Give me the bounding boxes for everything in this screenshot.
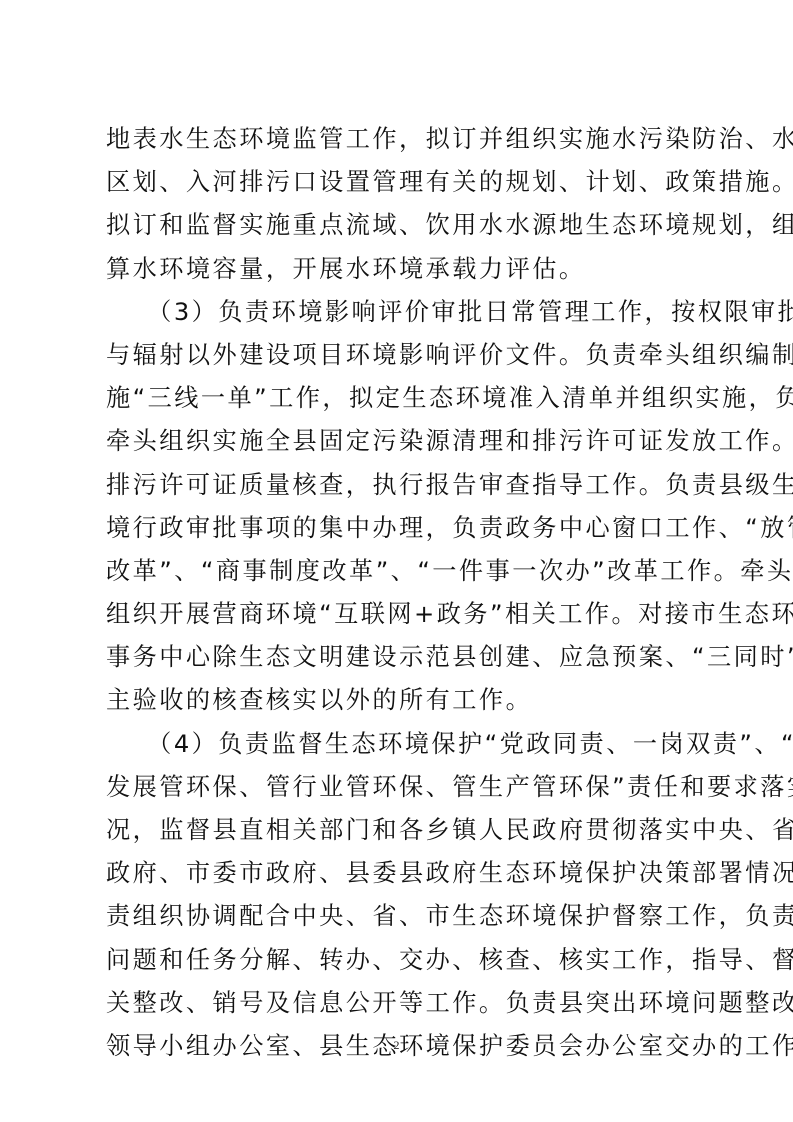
document-body: 地表水生态环境监管工作，拟订并组织实施水污染防治、水功能 区划、入河排污口设置管… [106, 118, 694, 1068]
text-line: 主验收的核查核实以外的所有工作。 [106, 679, 694, 722]
text-line: 区划、入河排污口设置管理有关的规划、计划、政策措施。负责 [106, 161, 694, 204]
text-line: 算水环境容量，开展水环境承载力评估。 [106, 248, 694, 291]
text-line: 问题和任务分解、转办、交办、核查、核实工作，指导、督导相 [106, 939, 694, 982]
page-number: 2 [0, 1038, 793, 1053]
text-line: 发展管环保、管行业管环保、管生产管环保”责任和要求落实情 [106, 766, 694, 809]
text-line: 况，监督县直相关部门和各乡镇人民政府贯彻落实中央、省委省 [106, 809, 694, 852]
text-line: 牵头组织实施全县固定污染源清理和排污许可证发放工作。负责 [106, 420, 694, 463]
paragraph-4-start: （4）负责监督生态环境保护“党政同责、一岗双责”、“管 [106, 723, 694, 766]
text-line: 境行政审批事项的集中办理，负责政务中心窗口工作、“放管服 [106, 507, 694, 550]
text-line: 组织开展营商环境“互联网+政务”相关工作。对接市生态环境 [106, 593, 694, 636]
text-line: 事务中心除生态文明建设示范县创建、应急预案、“三同时”自 [106, 636, 694, 679]
text-line: 政府、市委市政府、县委县政府生态环境保护决策部署情况。负 [106, 852, 694, 895]
text-line: 地表水生态环境监管工作，拟订并组织实施水污染防治、水功能 [106, 118, 694, 161]
paragraph-3-start: （3）负责环境影响评价审批日常管理工作，按权限审批核 [106, 291, 694, 334]
text-line: 改革”、“商事制度改革”、“一件事一次办”改革工作。牵头 [106, 550, 694, 593]
text-line: 责组织协调配合中央、省、市生态环境保护督察工作，负责相关 [106, 895, 694, 938]
text-line: 关整改、销号及信息公开等工作。负责县突出环境问题整改工作 [106, 982, 694, 1025]
text-line: 排污许可证质量核查，执行报告审查指导工作。负责县级生态环 [106, 464, 694, 507]
text-line: 与辐射以外建设项目环境影响评价文件。负责牵头组织编制和实 [106, 334, 694, 377]
text-line: 施“三线一单”工作，拟定生态环境准入清单并组织实施，负责 [106, 377, 694, 420]
text-line: 拟订和监督实施重点流域、饮用水水源地生态环境规划，组织测 [106, 204, 694, 247]
